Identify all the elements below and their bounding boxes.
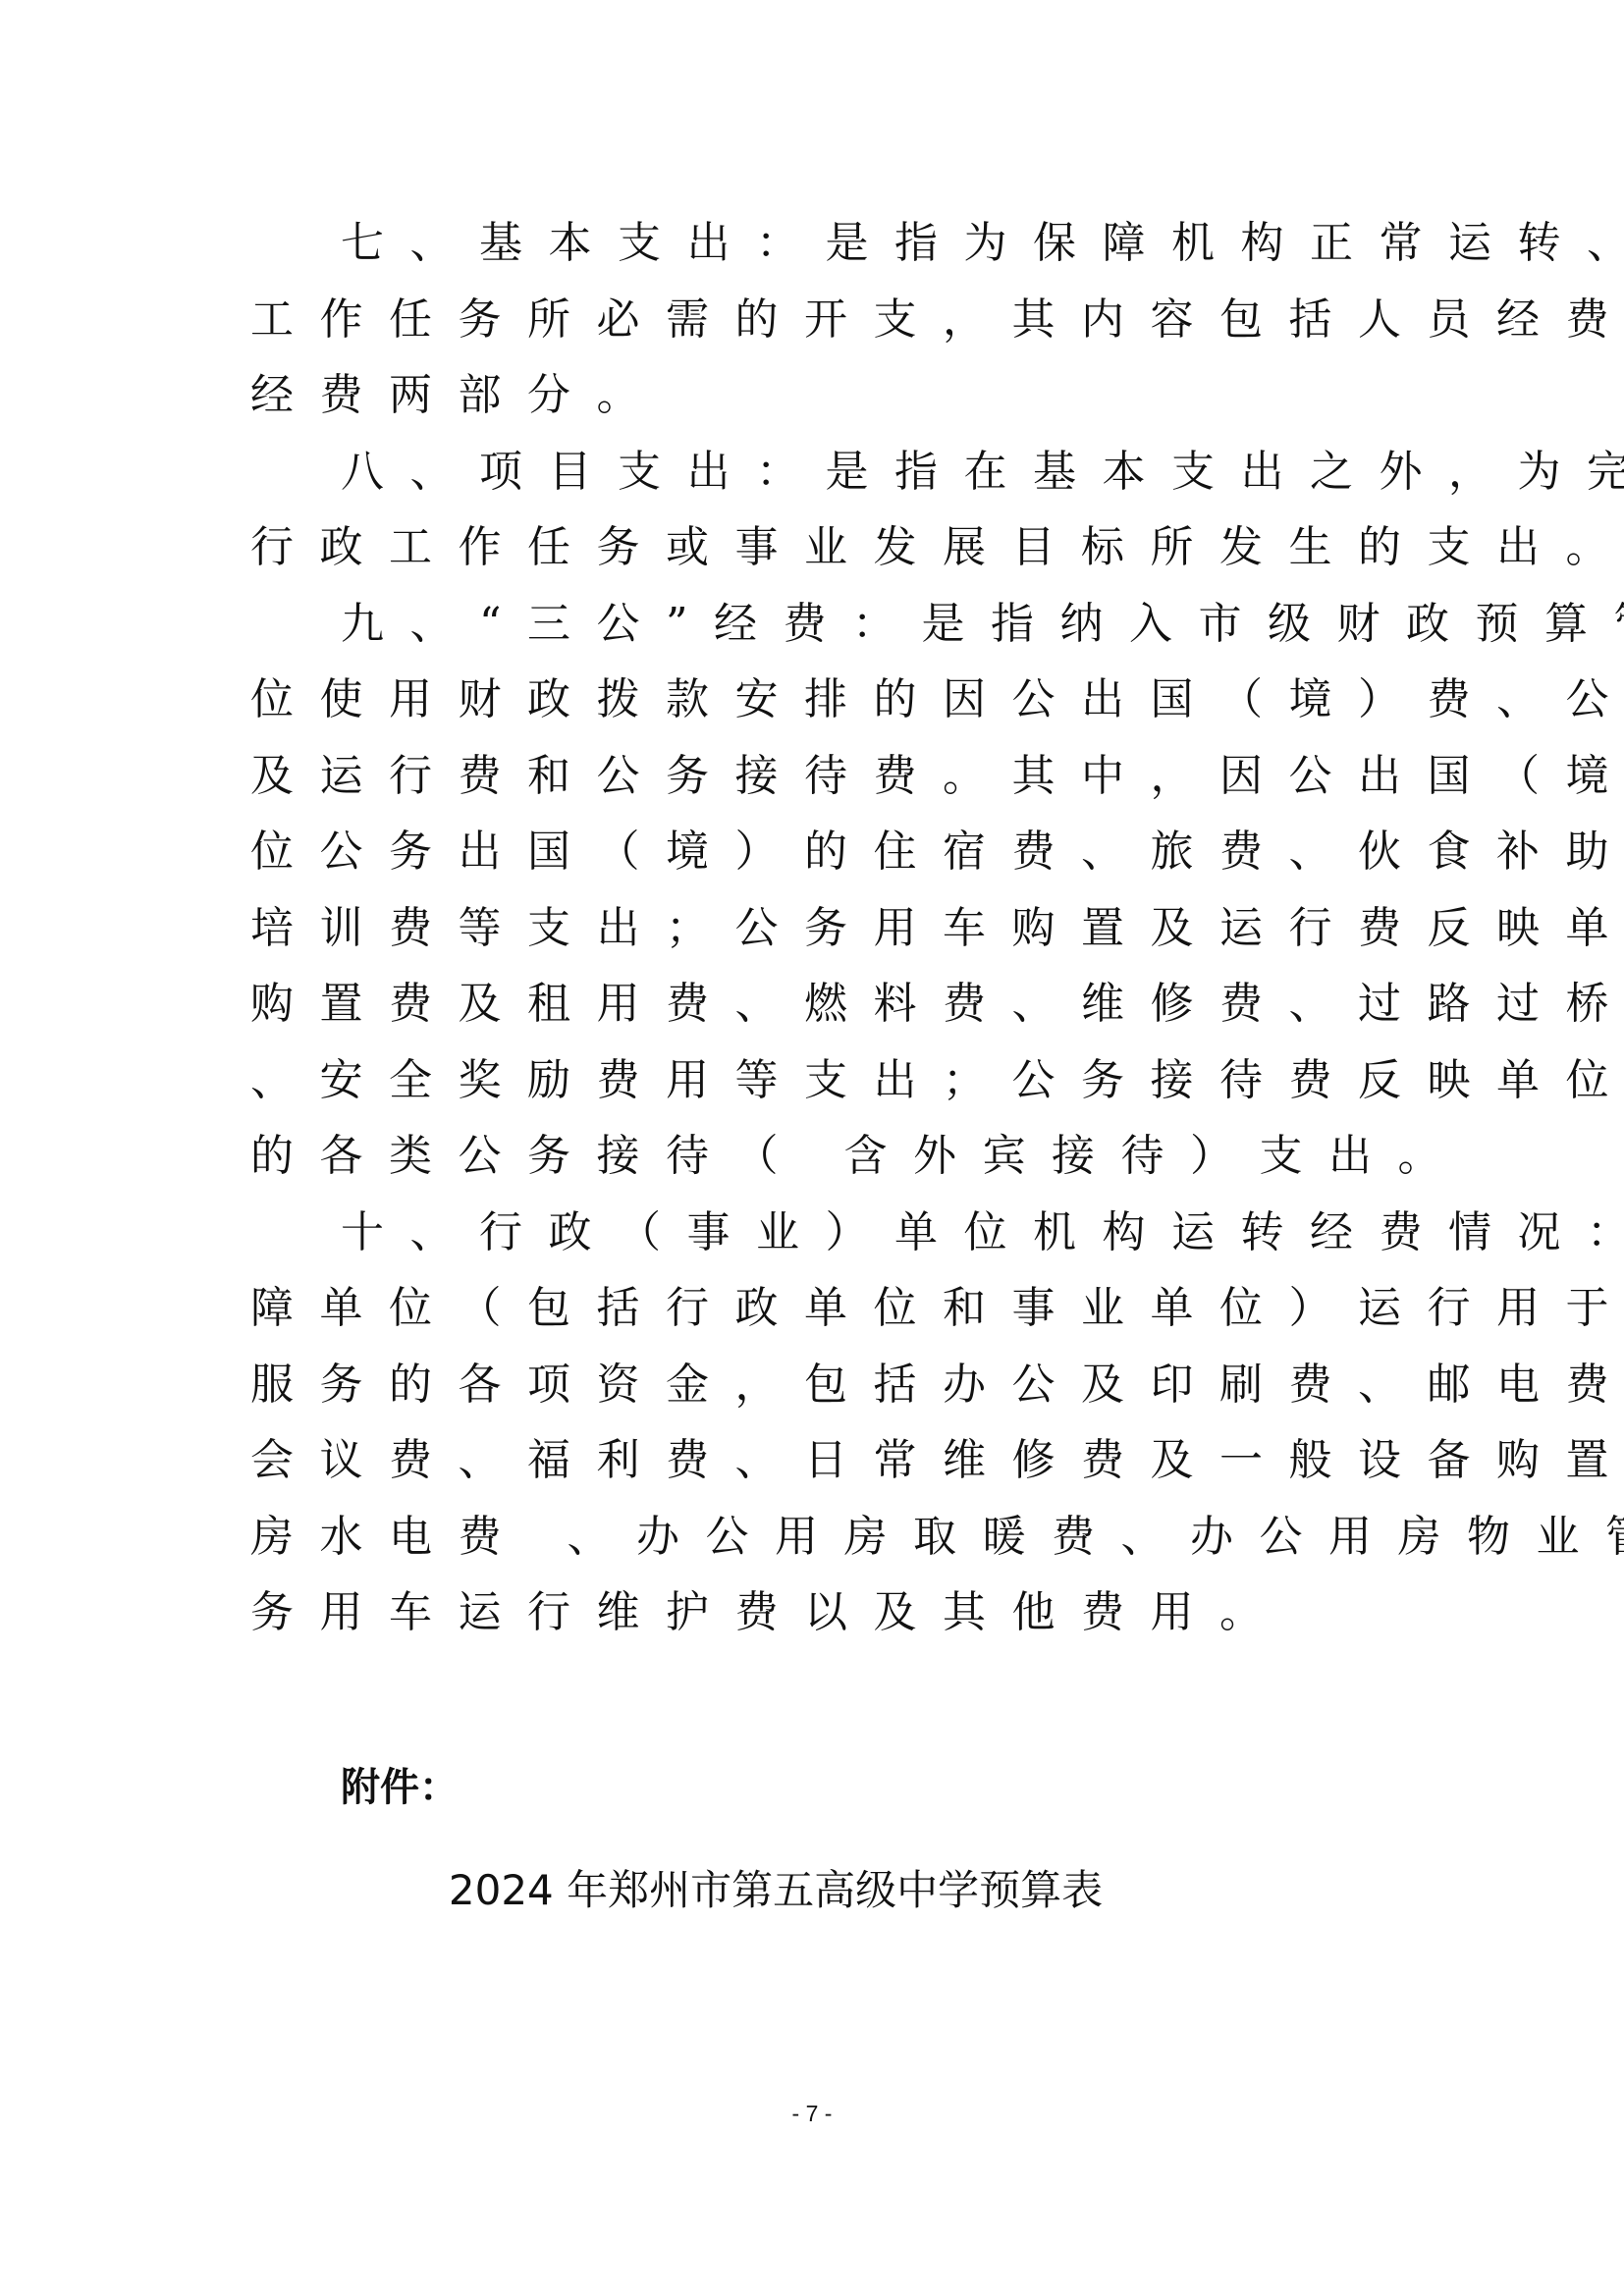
paragraph-basic-expenditure: 七、基本支出：是指为保障机构正常运转、完成日常 工作任务所必需的开支，其内容包括… <box>250 205 1389 434</box>
paragraph-operating-expenses: 十、行政（事业）单位机构运转经费情况：是指为保 障单位（包括行政单位和事业单位）… <box>250 1195 1389 1651</box>
document-body: 七、基本支出：是指为保障机构正常运转、完成日常 工作任务所必需的开支，其内容包括… <box>250 205 1389 1651</box>
text-line: 八、项目支出：是指在基本支出之外，为完成特定的 <box>250 434 1389 510</box>
attachment-label: 附件： <box>341 1763 459 1812</box>
text-line: 十、行政（事业）单位机构运转经费情况：是指为保 <box>250 1195 1389 1271</box>
page-number: - 7 - <box>0 2099 1624 2128</box>
text-line: 行政工作任务或事业发展目标所发生的支出。 <box>250 509 1389 586</box>
text-line: 务用车运行维护费以及其他费用。 <box>250 1575 1389 1651</box>
text-line: 九、“三公”经费：是指纳入市级财政预算管理，单 <box>250 586 1389 663</box>
text-line: 经费两部分。 <box>250 357 1389 434</box>
annex-title: 2024 年郑州市第五高级中学预算表 <box>0 1863 1551 1918</box>
paragraph-three-public-expenses: 九、“三公”经费：是指纳入市级财政预算管理，单 位使用财政拨款安排的因公出国（境… <box>250 586 1389 1195</box>
text-line: 、安全奖励费用等支出；公务接待费反映单位按规定开支 <box>250 1042 1389 1119</box>
text-line: 工作任务所必需的开支，其内容包括人员经费和日常公用 <box>250 282 1389 358</box>
text-line: 会议费、福利费、日常维修费及一般设备购置费、办公用 <box>250 1422 1389 1499</box>
text-line: 房水电费 、办公用房取暖费、办公用房物业管理费、公 <box>250 1499 1389 1575</box>
document-page: 七、基本支出：是指为保障机构正常运转、完成日常 工作任务所必需的开支，其内容包括… <box>0 0 1624 2296</box>
text-line: 及运行费和公务接待费。其中，因公出国（境）费反映单 <box>250 738 1389 815</box>
text-line: 培训费等支出；公务用车购置及运行费反映单位公务用车 <box>250 890 1389 967</box>
text-line: 的各类公务接待（ 含外宾接待）支出。 <box>250 1118 1389 1195</box>
paragraph-project-expenditure: 八、项目支出：是指在基本支出之外，为完成特定的 行政工作任务或事业发展目标所发生… <box>250 434 1389 586</box>
text-line: 服务的各项资金，包括办公及印刷费、邮电费、差旅费、 <box>250 1347 1389 1423</box>
text-line: 位使用财政拨款安排的因公出国（境）费、公务用车购置 <box>250 662 1389 738</box>
text-line: 七、基本支出：是指为保障机构正常运转、完成日常 <box>250 205 1389 282</box>
text-line: 障单位（包括行政单位和事业单位）运行用于购买货物和 <box>250 1270 1389 1347</box>
text-line: 购置费及租用费、燃料费、维修费、过路过桥费、保险费 <box>250 966 1389 1042</box>
text-line: 位公务出国（境）的住宿费、旅费、伙食补助费、杂费、 <box>250 814 1389 890</box>
